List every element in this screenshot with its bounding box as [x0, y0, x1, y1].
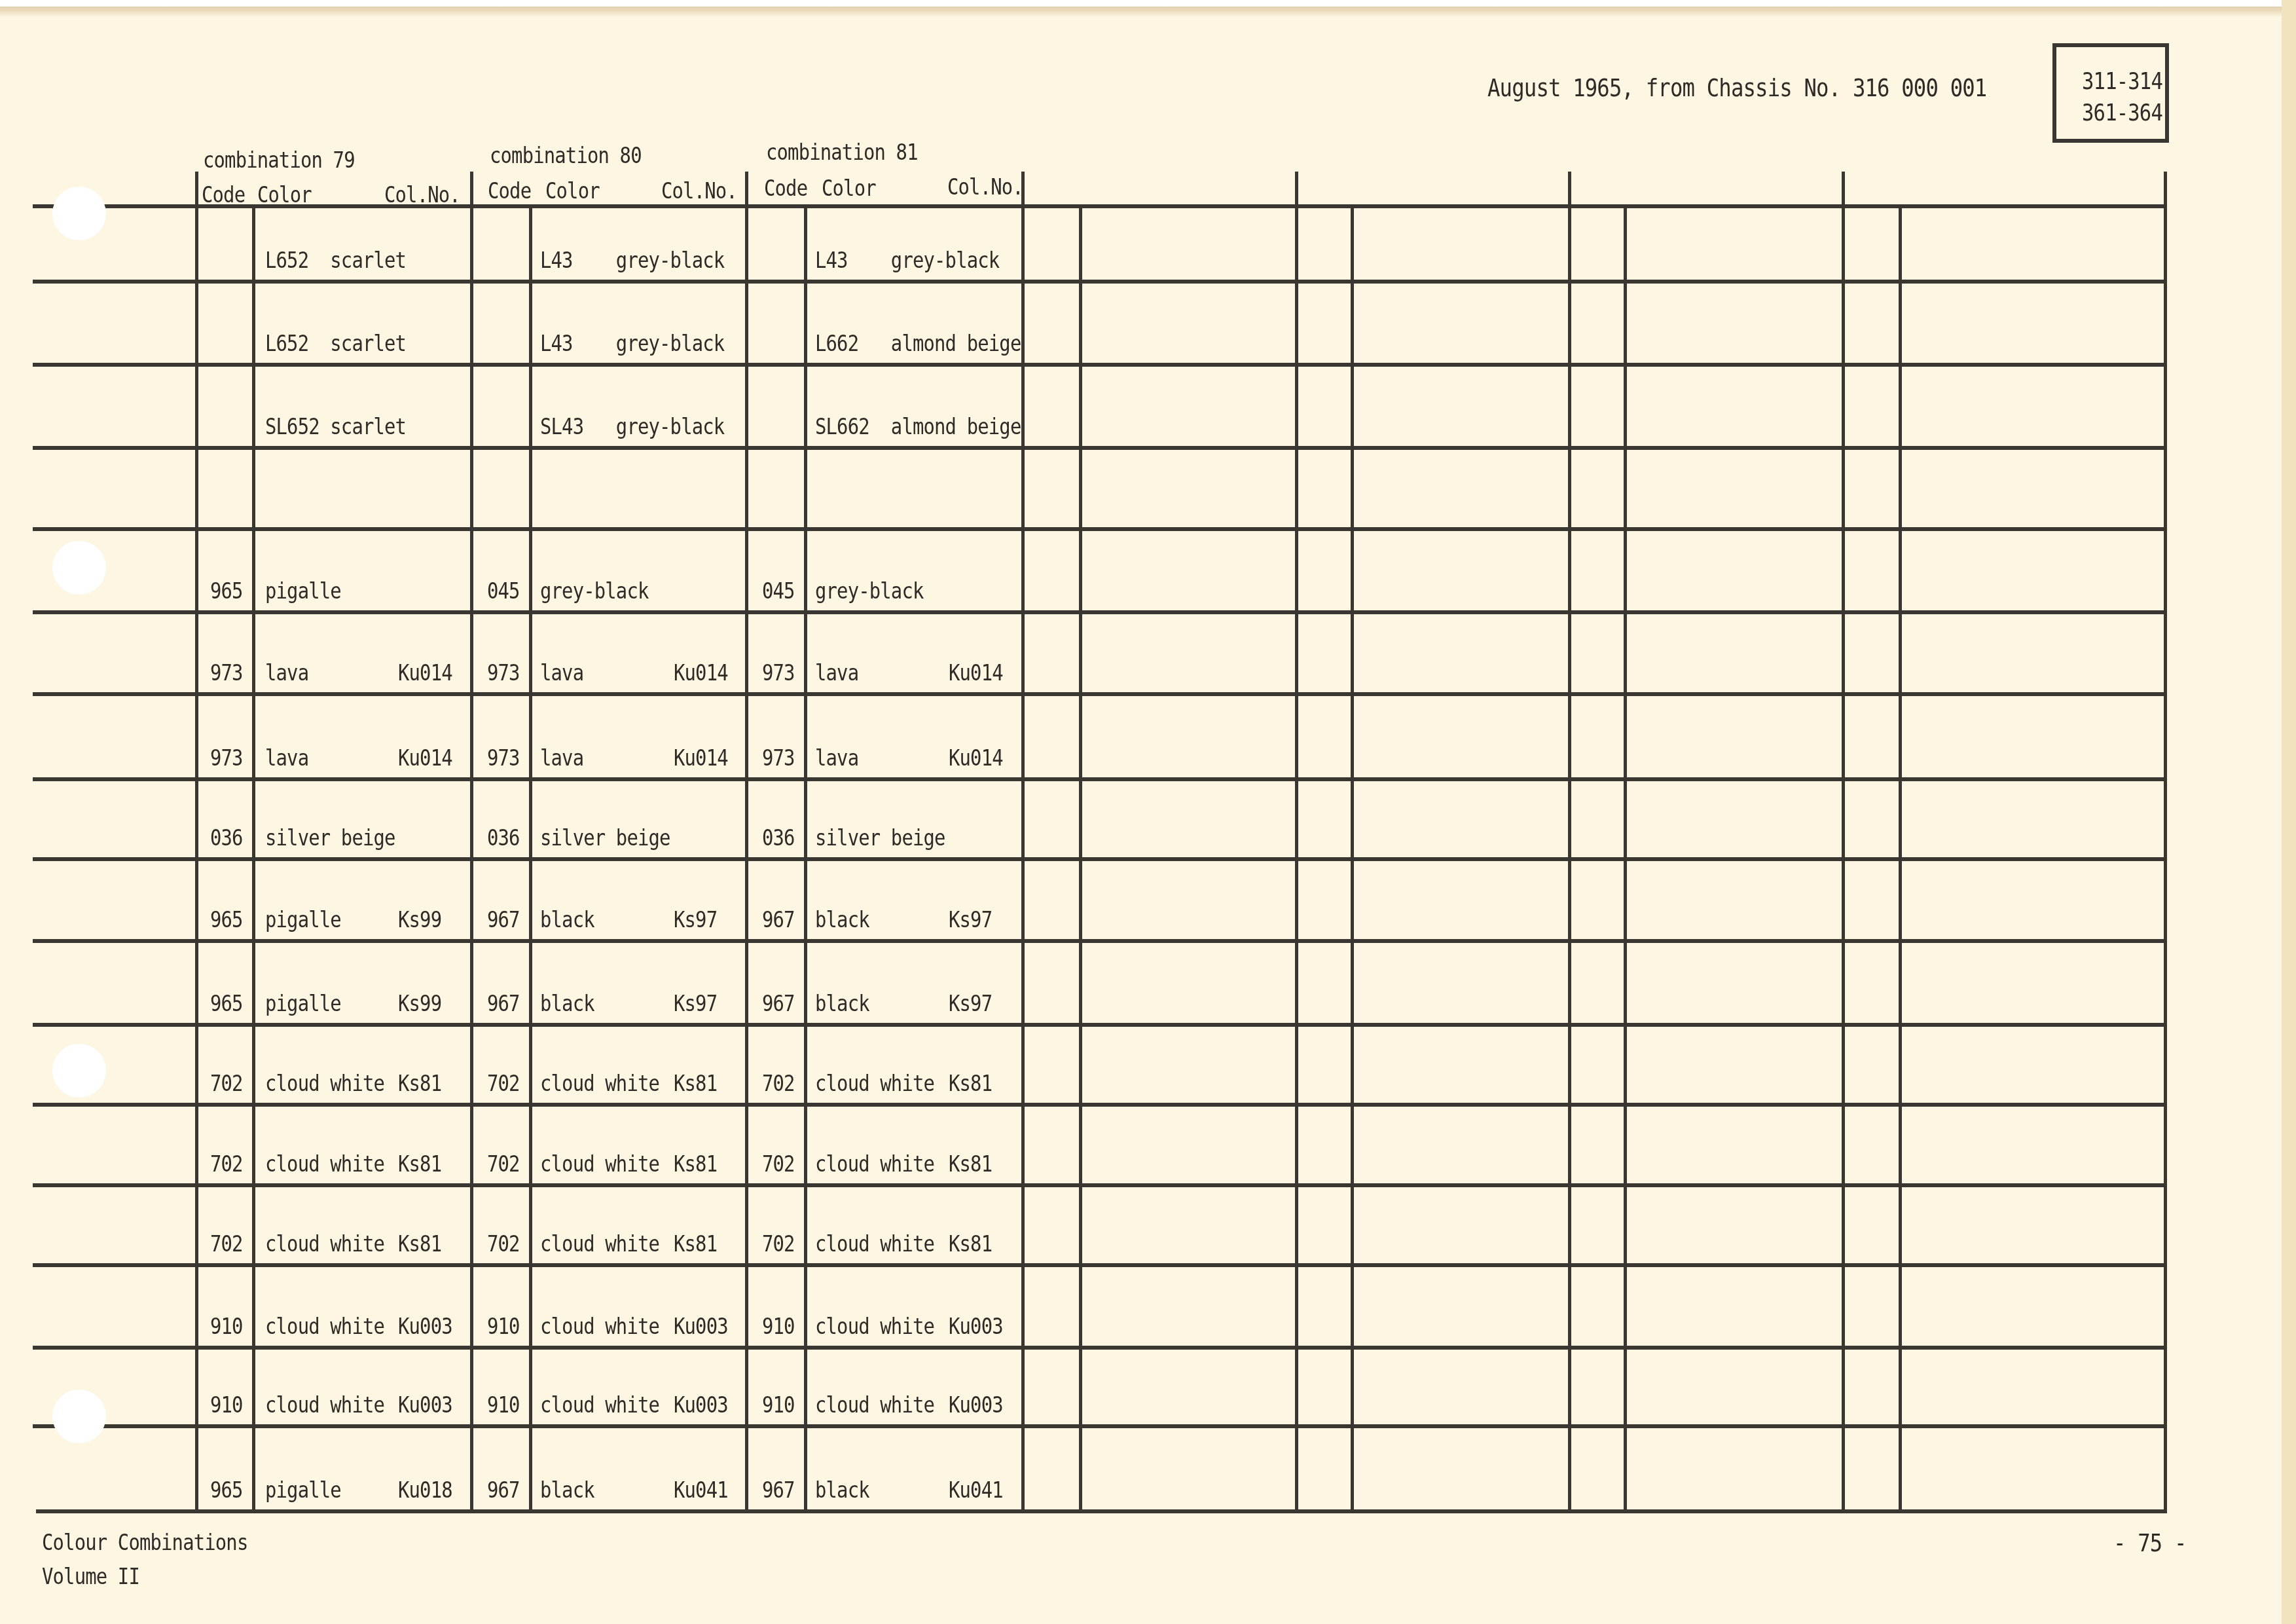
col-number: Ku041	[949, 1477, 1003, 1504]
color-name: cloud white	[540, 1314, 659, 1340]
color-name: lava	[265, 745, 308, 771]
footer-title: Colour Combinations	[42, 1530, 247, 1556]
color-code: 910	[487, 1392, 520, 1418]
color-code: 702	[487, 1231, 520, 1257]
color-name: pigalle	[265, 907, 341, 933]
color-code: 702	[762, 1231, 795, 1257]
color-name: SL43 grey-black	[540, 414, 724, 440]
color-name: L652 scarlet	[265, 331, 406, 357]
binder-punch-hole	[52, 1044, 106, 1098]
color-name: silver beige	[815, 825, 945, 851]
column-divider	[1079, 204, 1082, 1511]
col-header-code: Code	[488, 178, 531, 204]
color-name: cloud white	[815, 1151, 934, 1177]
col-number: Ku003	[949, 1314, 1003, 1340]
col-number: Ks97	[949, 991, 992, 1017]
row-divider	[33, 610, 2167, 614]
color-name: cloud white	[815, 1071, 934, 1097]
color-name: L652 scarlet	[265, 248, 406, 274]
binder-punch-hole	[52, 1390, 106, 1443]
color-code: 036	[762, 825, 795, 851]
col-number: Ku041	[674, 1477, 728, 1504]
col-number: Ks97	[949, 907, 992, 933]
column-divider	[1842, 172, 1845, 1511]
col-number: Ks81	[949, 1071, 992, 1097]
color-name: SL662 almond beige	[815, 414, 1021, 440]
color-name: black	[815, 907, 869, 933]
color-name: silver beige	[265, 825, 395, 851]
col-number: Ku003	[674, 1392, 728, 1418]
color-name: pigalle	[265, 1477, 341, 1504]
col-number: Ks81	[398, 1151, 441, 1177]
column-divider	[1021, 172, 1025, 1511]
col-number: Ku003	[398, 1392, 452, 1418]
footer-volume: Volume II	[42, 1564, 139, 1590]
page-number: - 75 -	[2113, 1528, 2187, 1557]
row-divider	[33, 1263, 2167, 1267]
column-divider	[1351, 204, 1354, 1511]
color-name: grey-black	[815, 578, 923, 604]
color-name: cloud white	[265, 1392, 384, 1418]
color-code: 965	[210, 578, 243, 604]
color-code: 910	[210, 1314, 243, 1340]
header-rule	[33, 204, 2167, 208]
color-code: 910	[487, 1314, 520, 1340]
color-name: cloud white	[265, 1314, 384, 1340]
color-name: SL652 scarlet	[265, 414, 406, 440]
col-number: Ks81	[398, 1071, 441, 1097]
color-code: 702	[487, 1151, 520, 1177]
row-divider	[33, 1346, 2167, 1350]
color-code: 967	[487, 991, 520, 1017]
color-code: 973	[762, 660, 795, 686]
color-name: grey-black	[540, 578, 648, 604]
color-name: lava	[815, 660, 858, 686]
color-code: 967	[762, 991, 795, 1017]
col-header-colno: Col.No.	[661, 178, 737, 204]
column-divider	[252, 204, 255, 1511]
col-number: Ks81	[398, 1231, 441, 1257]
column-divider	[1899, 204, 1902, 1511]
model-range-1: 311-314	[2082, 68, 2162, 95]
color-name: cloud white	[815, 1392, 934, 1418]
color-code: 702	[762, 1071, 795, 1097]
color-code: 702	[210, 1231, 243, 1257]
color-code: 702	[762, 1151, 795, 1177]
col-number: Ks81	[674, 1231, 717, 1257]
color-name: cloud white	[265, 1231, 384, 1257]
col-header-colno: Col.No.	[947, 174, 1023, 200]
color-code: 702	[487, 1071, 520, 1097]
binder-punch-hole	[52, 187, 106, 240]
row-divider	[33, 939, 2167, 943]
column-divider	[1568, 172, 1571, 1511]
combination-79-title: combination 79	[203, 147, 355, 174]
model-range-2: 361-364	[2082, 100, 2162, 126]
color-name: black	[540, 1477, 594, 1504]
col-number: Ku003	[949, 1392, 1003, 1418]
color-name: lava	[540, 660, 583, 686]
color-code: 965	[210, 907, 243, 933]
combination-80-title: combination 80	[490, 143, 642, 169]
row-divider	[33, 692, 2167, 696]
paper-stain	[0, 7, 2296, 17]
color-code: 910	[762, 1392, 795, 1418]
color-code: 702	[210, 1071, 243, 1097]
color-name: pigalle	[265, 991, 341, 1017]
color-code: 973	[487, 745, 520, 771]
col-number: Ks99	[398, 991, 441, 1017]
row-divider	[33, 1424, 2167, 1428]
color-code: 973	[762, 745, 795, 771]
col-number: Ku018	[398, 1477, 452, 1504]
color-name: lava	[265, 660, 308, 686]
col-header-color: Color	[822, 175, 876, 202]
column-divider	[804, 204, 807, 1511]
column-divider	[529, 204, 532, 1511]
column-divider	[745, 172, 748, 1511]
color-name: L43 grey-black	[815, 248, 999, 274]
page-right-edge	[2282, 0, 2296, 1624]
color-name: lava	[540, 745, 583, 771]
color-name: cloud white	[265, 1071, 384, 1097]
column-divider	[470, 172, 473, 1511]
color-name: black	[540, 991, 594, 1017]
color-name: lava	[815, 745, 858, 771]
col-number: Ks97	[674, 907, 717, 933]
col-number: Ks99	[398, 907, 441, 933]
color-name: cloud white	[540, 1071, 659, 1097]
color-code: 910	[210, 1392, 243, 1418]
color-name: cloud white	[540, 1392, 659, 1418]
color-code: 965	[210, 991, 243, 1017]
color-code: 967	[762, 1477, 795, 1504]
col-number: Ku014	[674, 745, 728, 771]
row-divider	[33, 777, 2167, 781]
col-number: Ks81	[949, 1231, 992, 1257]
row-divider	[33, 857, 2167, 861]
color-code: 702	[210, 1151, 243, 1177]
color-name: cloud white	[815, 1314, 934, 1340]
row-divider	[33, 363, 2167, 367]
col-number: Ku014	[674, 660, 728, 686]
color-code: 910	[762, 1314, 795, 1340]
color-code: 036	[487, 825, 520, 851]
col-number: Ku003	[674, 1314, 728, 1340]
row-divider	[36, 1509, 2167, 1513]
color-code: 965	[210, 1477, 243, 1504]
col-number: Ku014	[949, 745, 1003, 771]
col-number: Ks81	[674, 1151, 717, 1177]
color-name: black	[540, 907, 594, 933]
row-divider	[33, 280, 2167, 284]
col-number: Ks97	[674, 991, 717, 1017]
color-name: black	[815, 991, 869, 1017]
color-code: 973	[487, 660, 520, 686]
color-name: cloud white	[265, 1151, 384, 1177]
color-name: black	[815, 1477, 869, 1504]
color-name: L43 grey-black	[540, 331, 724, 357]
col-header-color: Color	[545, 178, 600, 204]
color-name: L662 almond beige	[815, 331, 1021, 357]
column-divider	[1624, 204, 1627, 1511]
row-divider	[33, 446, 2167, 450]
color-code: 973	[210, 745, 243, 771]
column-divider	[195, 172, 198, 1511]
row-divider	[33, 1103, 2167, 1107]
color-code: 045	[487, 578, 520, 604]
color-code: 045	[762, 578, 795, 604]
col-number: Ks81	[949, 1151, 992, 1177]
col-number: Ku014	[398, 660, 452, 686]
color-code: 036	[210, 825, 243, 851]
col-number: Ku014	[398, 745, 452, 771]
col-number: Ks81	[674, 1071, 717, 1097]
col-number: Ku003	[398, 1314, 452, 1340]
row-divider	[33, 1023, 2167, 1027]
combination-81-title: combination 81	[766, 139, 918, 166]
color-code: 967	[762, 907, 795, 933]
color-name: cloud white	[540, 1151, 659, 1177]
color-name: cloud white	[540, 1231, 659, 1257]
color-code: 973	[210, 660, 243, 686]
column-divider	[2164, 172, 2167, 1511]
col-number: Ku014	[949, 660, 1003, 686]
date-chassis-note: August 1965, from Chassis No. 316 000 00…	[1487, 73, 1986, 102]
color-name: L43 grey-black	[540, 248, 724, 274]
binder-punch-hole	[52, 541, 106, 595]
color-name: silver beige	[540, 825, 670, 851]
color-name: cloud white	[815, 1231, 934, 1257]
column-divider	[1295, 172, 1298, 1511]
col-header-code: Code	[764, 175, 807, 202]
row-divider	[33, 1183, 2167, 1187]
color-code: 967	[487, 907, 520, 933]
color-code: 967	[487, 1477, 520, 1504]
row-divider	[33, 527, 2167, 531]
color-name: pigalle	[265, 578, 341, 604]
